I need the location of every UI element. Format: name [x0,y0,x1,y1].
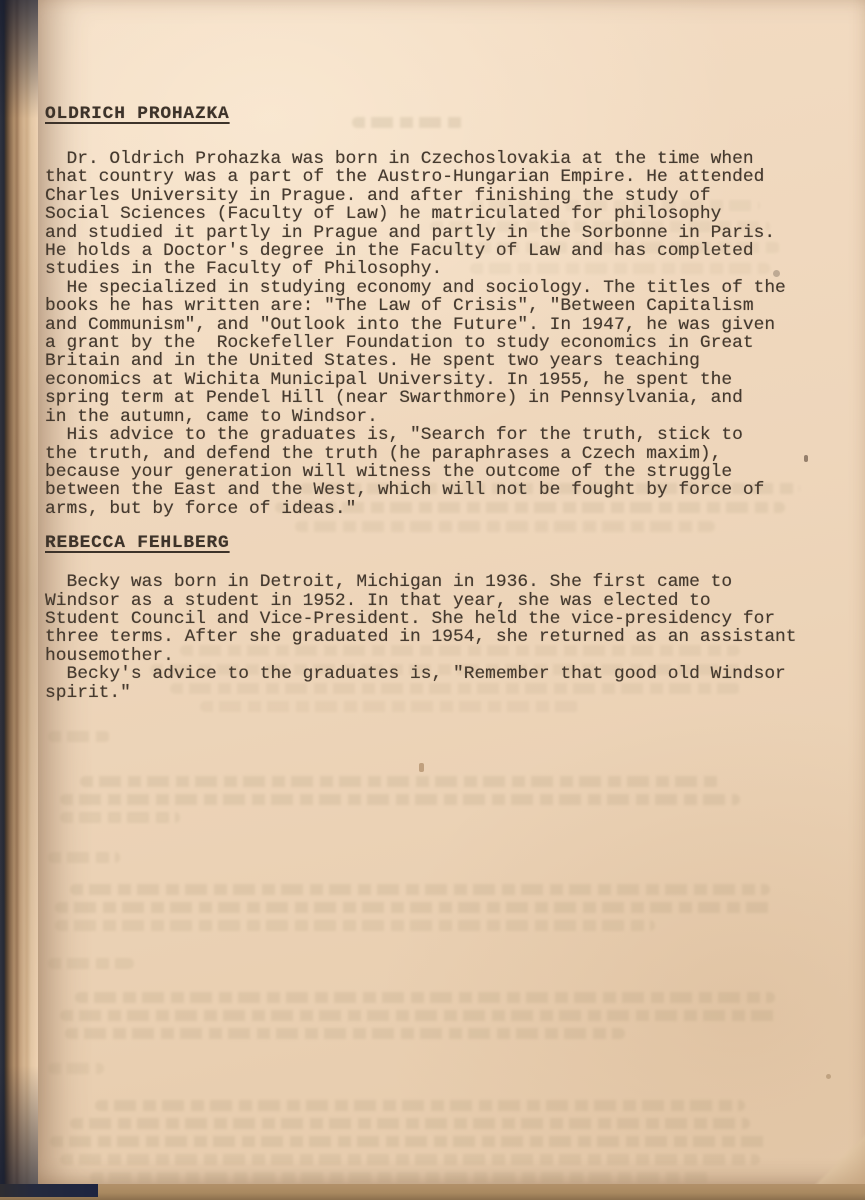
paragraph: Becky was born in Detroit, Michigan in 1… [45,573,850,665]
paragraph: Dr. Oldrich Prohazka was born in Czechos… [45,150,850,279]
bottom-navy-binding [0,1184,98,1197]
section-oldrich-prohazka: OLDRICH PROHAZKA Dr. Oldrich Prohazka wa… [45,104,850,518]
paper-speck [419,763,424,772]
paragraph: He specialized in studying economy and s… [45,279,850,426]
bottom-cover-strip [0,1184,865,1200]
section-rebecca-fehlberg: REBECCA FEHLBERG Becky was born in Detro… [45,533,850,702]
section-heading: REBECCA FEHLBERG [45,533,850,553]
paragraph: His advice to the graduates is, "Search … [45,426,850,518]
paper-speck [826,1074,831,1079]
section-heading: OLDRICH PROHAZKA [45,104,850,124]
book-binding-edge [0,0,40,1184]
paragraph: Becky's advice to the graduates is, "Rem… [45,665,850,702]
page-corner-fold [807,1120,865,1184]
typewritten-text: OLDRICH PROHAZKA Dr. Oldrich Prohazka wa… [45,104,850,702]
